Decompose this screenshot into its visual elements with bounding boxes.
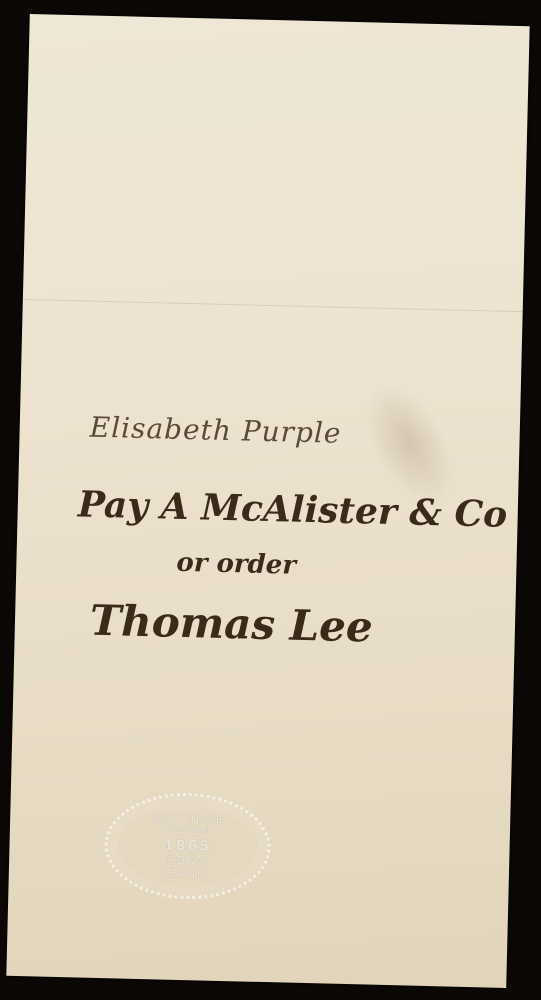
handwritten-or-order: or order	[176, 548, 296, 581]
check-paper: Elisabeth Purple Pay A McAlister & Co or…	[6, 14, 529, 988]
fold-crease	[23, 299, 523, 312]
seal-bottom-text: BANK	[167, 867, 206, 881]
seal-year: 1865	[164, 838, 211, 855]
handwritten-signature: Thomas Lee	[89, 596, 373, 652]
embossed-bank-seal: NATIONAL HAVEN 1865 CONN BANK	[103, 791, 272, 901]
handwritten-payee-name: Elisabeth Purple	[89, 411, 342, 450]
seal-middle-text: HAVEN	[164, 825, 212, 839]
seal-state: CONN	[167, 854, 208, 868]
